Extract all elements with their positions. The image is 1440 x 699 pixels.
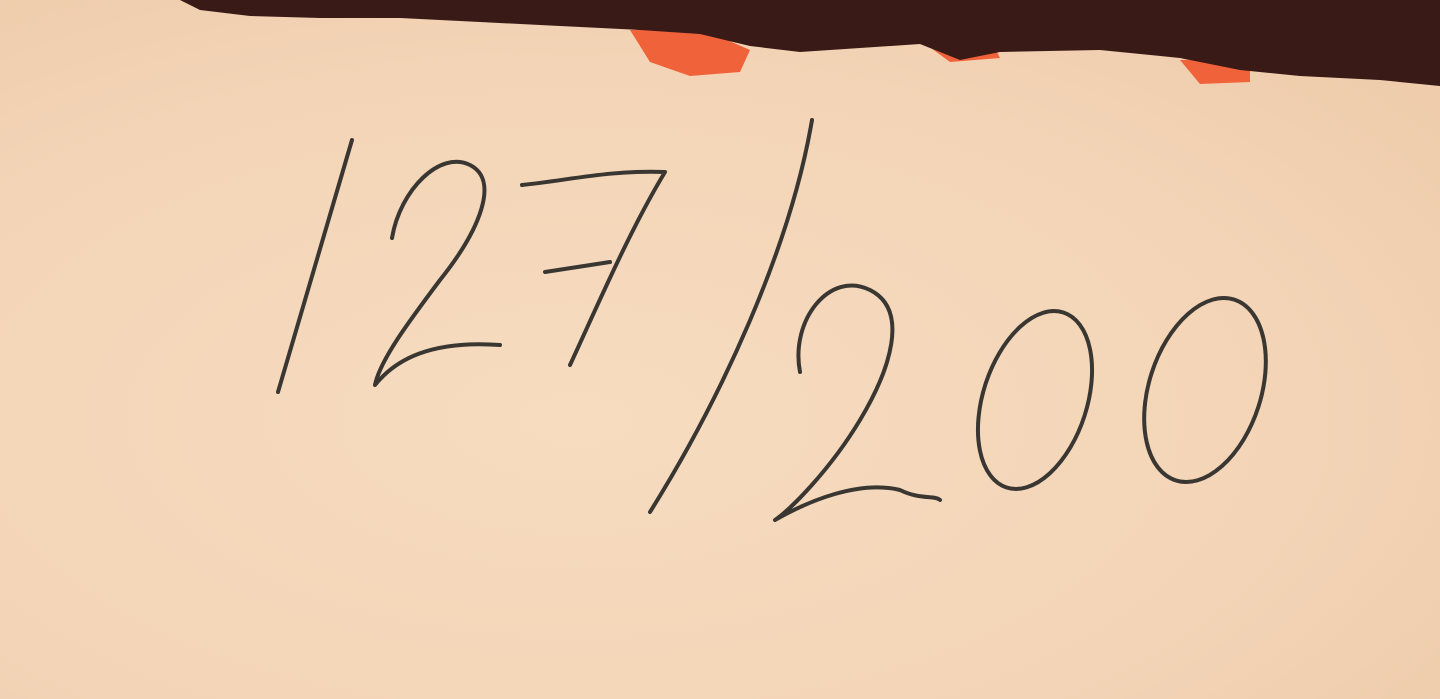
digit-1 bbox=[278, 140, 352, 392]
digit-2-second bbox=[775, 285, 940, 520]
digit-2-first bbox=[375, 162, 500, 385]
digit-0-second bbox=[1122, 282, 1287, 497]
slash bbox=[650, 120, 812, 512]
digit-0-first bbox=[957, 296, 1113, 503]
digit-7 bbox=[522, 172, 665, 365]
handwritten-edition-number bbox=[0, 0, 1440, 699]
